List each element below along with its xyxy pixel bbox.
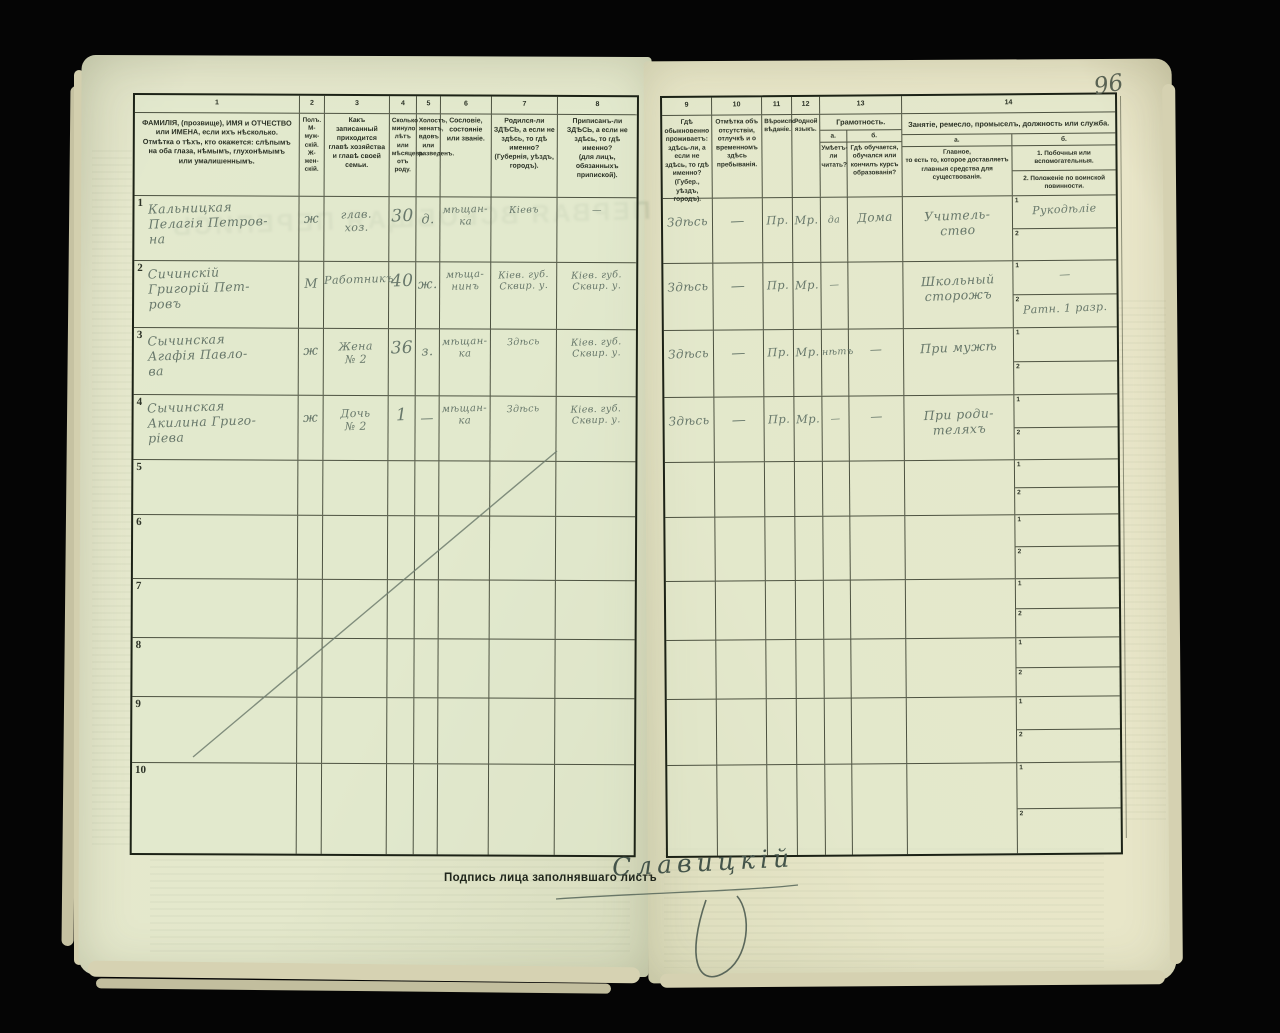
occ-side-half: 2: [1014, 361, 1117, 394]
entry-occ_side1: —: [1013, 266, 1116, 284]
occ-side-half: 1: [1017, 696, 1120, 730]
cell-absence: [716, 581, 766, 639]
entry-lit_read: [823, 478, 849, 479]
entry-occ_side2: [1014, 366, 1117, 370]
column-group-occupation: Занятіе, ремесло, промыселъ, должность и…: [902, 112, 1116, 196]
occ-side-half: 1: [1015, 514, 1118, 547]
entry-estate: [438, 771, 488, 773]
cell-religion: [765, 517, 795, 580]
occ-side-half: 2: [1015, 427, 1118, 459]
cell-estate: мѣща- нинъ: [440, 262, 491, 328]
column-header-estate: Сословіе, состояніе или званіе.: [441, 114, 492, 196]
cell-occ_main: Школьный сторожъ: [903, 261, 1014, 328]
occ-side-half: 2: [1015, 487, 1118, 514]
table-row: 12: [665, 514, 1118, 582]
cell-occ_main: [905, 515, 1015, 579]
cell-religion: [767, 699, 798, 764]
occ-side-half: 1: [1014, 327, 1117, 361]
entry-name: [146, 764, 294, 769]
table-row: Здѣсь—Пр.Мр.нѣтъ—При мужѣ12: [664, 327, 1118, 398]
entry-absence: —: [714, 411, 764, 430]
table-row: 1Кальницкая Пелагія Петров- нажглав. хоз…: [134, 196, 636, 263]
entry-relation: Работникъ: [324, 272, 388, 287]
entry-religion: [767, 780, 796, 781]
cell-sex: ж: [299, 329, 324, 395]
entry-registered: Кіев. губ. Сквир. у.: [556, 403, 636, 428]
column-number: 6: [441, 96, 492, 113]
cell-relation: [323, 461, 388, 515]
cell-lit_read: —: [821, 263, 849, 329]
entry-born: Здѣсь: [491, 336, 556, 349]
entry-relation: глав. хоз.: [324, 207, 389, 235]
cell-occ-side: 12: [1015, 514, 1118, 578]
sub-cell-number: 2: [1015, 230, 1019, 237]
sub-cell-number: 2: [1018, 610, 1022, 617]
entry-absence: [715, 476, 764, 478]
sub-cell-number: 1: [1018, 580, 1022, 587]
cell-occ-side: 1Рукодѣліе2: [1013, 195, 1116, 260]
entry-occ_side1: [1015, 520, 1118, 524]
cell-registered: Кіев. губ. Сквир. у.: [557, 330, 636, 396]
entry-language: [797, 780, 824, 781]
entry-resides: Здѣсь: [668, 346, 714, 362]
entry-estate: [438, 705, 488, 707]
cell-religion: [766, 581, 796, 639]
entry-occ_side1: [1017, 702, 1120, 706]
entry-lit_school: —: [849, 341, 904, 358]
cell-born: Кіевъ: [491, 198, 557, 262]
entry-estate: [439, 587, 489, 589]
cell-name: 5: [133, 460, 298, 515]
cell-sex: [297, 639, 322, 697]
entry-occ_side1: [1016, 643, 1119, 647]
cell-religion: [766, 640, 796, 698]
cell-language: [796, 581, 824, 639]
column-number: 13: [820, 96, 902, 114]
entry-name: [147, 461, 295, 466]
occ-side-half: 1: [1017, 762, 1120, 808]
entry-estate: мѣща- нинъ: [440, 269, 491, 295]
entry-language: [796, 596, 823, 597]
occ-side-half: 1Рукодѣліе: [1013, 195, 1116, 228]
cell-sex: [298, 516, 323, 579]
row-number: 3: [137, 329, 143, 341]
entry-lit_read: [824, 597, 850, 598]
entry-marital: [414, 713, 437, 714]
sub-cell-number: 2: [1019, 669, 1023, 676]
entry-estate: [439, 646, 489, 648]
entry-occ_main: [905, 524, 1014, 529]
entry-sex: [298, 530, 322, 531]
cell-occ_main: При роди- теляхъ: [904, 395, 1014, 460]
entry-age: [388, 470, 414, 471]
table-row: 3Сычинская Агафія Павло- важЖена № 236з.…: [134, 328, 636, 397]
entry-born: [489, 771, 554, 773]
census-table-right: 9 10 11 12 13 14 Гдѣ обыкновенно прожива…: [660, 92, 1123, 858]
entry-marital: ж.: [416, 277, 439, 293]
entry-marital: [414, 779, 437, 780]
cell-sex: М: [299, 262, 324, 328]
cell-sex: ж: [298, 396, 323, 460]
entry-language: Мр.: [793, 278, 821, 293]
cell-age: [388, 461, 415, 515]
cell-resides: Здѣсь: [663, 264, 714, 330]
column-number: 8: [558, 97, 637, 114]
cell-age: [387, 764, 414, 854]
entry-registered: —: [557, 204, 636, 218]
cell-relation: Дочь № 2: [323, 396, 388, 460]
cell-lit_read: —: [822, 397, 850, 461]
occupation-sub-b-label: б.: [1012, 133, 1115, 145]
entry-resides: [670, 597, 715, 599]
cell-marital: ж.: [416, 262, 440, 328]
sub-cell-number: 2: [1020, 810, 1024, 817]
entry-marital: [415, 476, 438, 477]
entry-estate: мѣщан- ка: [439, 403, 490, 429]
cell-lit_school: [851, 639, 906, 697]
cell-estate: мѣщан- ка: [440, 329, 491, 395]
entry-religion: Пр.: [763, 213, 793, 228]
cell-lit_school: [852, 764, 908, 854]
sub-cell-number: 1: [1019, 698, 1023, 705]
entry-name: [147, 516, 295, 521]
entry-lit_school: [848, 274, 902, 276]
entry-relation: [323, 649, 387, 651]
cell-absence: [715, 517, 765, 580]
column-header-sex: Полъ. М-муж-скій. Ж-жен-скій.: [300, 114, 325, 196]
entry-estate: [439, 523, 489, 525]
cell-marital: д.: [416, 197, 440, 261]
census-table-left: 1 2 3 4 5 6 7 8 ФАМИЛІЯ, (прозвище), ИМЯ…: [130, 93, 639, 857]
entry-lit_read: —: [822, 413, 848, 425]
cell-sex: [298, 461, 323, 515]
cell-resides: Здѣсь: [664, 331, 715, 397]
table-row: 2Сичинскій Григорій Пет- ровъМРаботникъ4…: [134, 261, 636, 330]
cell-occ-side: 12: [1016, 637, 1119, 696]
entry-occ_side2: [1018, 813, 1121, 817]
cell-born: [489, 699, 555, 764]
cell-lit_school: [850, 516, 905, 579]
sub-cell-number: 1: [1018, 639, 1022, 646]
entry-occ_side1: [1017, 768, 1120, 772]
row-number: 2: [137, 262, 143, 274]
column-number: 5: [417, 96, 441, 113]
entry-marital: [415, 531, 438, 532]
entry-language: Мр.: [793, 213, 821, 228]
cell-occ-side: 12: [1014, 394, 1117, 459]
cell-resides: [667, 766, 718, 856]
entry-lit_school: [851, 651, 905, 653]
cell-occ-side: 12: [1014, 327, 1118, 394]
table-row: 6: [133, 515, 635, 581]
column-number: 3: [325, 96, 390, 113]
entry-registered: [556, 468, 635, 470]
cell-language: [797, 765, 826, 855]
entry-resides: [671, 715, 716, 717]
cell-lit_read: [823, 462, 850, 516]
sub-cell-number: 1: [1016, 396, 1020, 403]
entry-religion: [767, 714, 796, 715]
entry-sex: [298, 653, 322, 654]
cell-language: Мр.: [793, 263, 822, 329]
entry-born: Кіев. губ. Сквир. у.: [491, 269, 557, 294]
row-number: 9: [135, 698, 141, 710]
sub-cell-number: 1: [1015, 262, 1019, 269]
cell-estate: мѣщан- ка: [439, 396, 490, 460]
photo-of-census-sheet: ПЕРВАЯ ВСЕОБЩАЯ ПЕРЕПИСЬ 1 2 3 4 5 6 7 8…: [0, 0, 1280, 1033]
table-row: 12: [666, 637, 1119, 700]
cell-relation: [322, 698, 387, 763]
cell-religion: Пр.: [764, 330, 795, 396]
entry-lit_school: [850, 528, 904, 530]
cell-occ-side: 1—2Ратн. 1 разр.: [1013, 260, 1117, 327]
occ-side-half: 2Ратн. 1 разр.: [1014, 294, 1117, 327]
cell-absence: [716, 640, 766, 698]
entry-relation: [322, 774, 386, 776]
entry-sex: ж: [299, 343, 323, 359]
column-number: 1: [135, 95, 300, 113]
right-table-body: Здѣсь—Пр.Мр.даДомаУчитель- ство1Рукодѣлі…: [663, 195, 1121, 856]
cell-estate: мѣщан- ка: [440, 197, 491, 261]
sub-cell-number: 2: [1017, 429, 1021, 436]
column-header-name: ФАМИЛІЯ, (прозвище), ИМЯ и ОТЧЕСТВО или …: [135, 113, 300, 196]
cell-born: Кіев. губ. Сквир. у.: [491, 263, 557, 329]
entry-marital: —: [415, 411, 438, 427]
occ-side-half: 2: [1018, 808, 1121, 853]
entry-occ_side2: Ратн. 1 разр.: [1013, 299, 1116, 317]
cell-relation: [323, 580, 388, 638]
cell-registered: [555, 765, 634, 855]
cell-name: 7: [133, 579, 298, 638]
entry-registered: [556, 646, 635, 648]
entry-occ_side1: Рукодѣліе: [1013, 201, 1116, 219]
cell-lit_school: —: [849, 396, 905, 460]
literacy-sub-a-label: а.: [820, 131, 847, 142]
column-header-resides: Гдѣ обыкновенно проживаетъ: здѣсь-ли, а …: [662, 116, 713, 198]
entry-name: Сычинская Акилина Григо- ріева: [147, 396, 296, 445]
cell-lit_read: нѣтъ: [822, 330, 850, 396]
column-header-registered: Приписанъ-ли ЗДѢСЬ, а если не здѣсь, то …: [558, 115, 637, 197]
entry-resides: Здѣсь: [667, 279, 713, 295]
cell-occ-side: 12: [1015, 459, 1118, 514]
entry-age: [388, 589, 414, 590]
entry-language: [795, 477, 822, 478]
entry-age: [388, 525, 414, 526]
occ-side-half: 2: [1017, 729, 1120, 762]
cell-lit_school: [852, 698, 908, 763]
table-row: Здѣсь—Пр.Мр.даДомаУчитель- ство1Рукодѣлі…: [663, 195, 1116, 264]
sub-cell-number: 1: [1015, 197, 1019, 204]
occ-side-half: 1: [1014, 394, 1117, 427]
sub-cell-number: 1: [1019, 764, 1023, 771]
row-number: 1: [137, 197, 143, 209]
entry-lit_read: [824, 656, 850, 657]
entry-absence: —: [713, 212, 763, 231]
column-header-occupation-side: 1. Побочныя или вспомогательныя.: [1012, 145, 1115, 171]
entry-language: [797, 714, 824, 715]
entry-marital: [415, 654, 438, 655]
entry-born: [490, 468, 555, 470]
entry-religion: [766, 596, 795, 597]
entry-religion: [765, 477, 794, 478]
column-header-religion: Вѣроиспо-вѣданіе.: [762, 115, 793, 197]
entry-lit_school: —: [849, 408, 904, 425]
entry-name: [147, 639, 295, 644]
table-row: 5: [133, 460, 635, 517]
entry-registered: [555, 705, 634, 707]
table-row: Здѣсь—Пр.Мр.—Школьный сторожъ1—2Ратн. 1 …: [663, 260, 1117, 331]
cell-age: 40: [389, 262, 416, 328]
table-row: 12: [667, 762, 1121, 856]
entry-born: [490, 523, 555, 525]
entry-lit_school: [851, 592, 905, 594]
cell-born: [490, 462, 556, 516]
cell-lit_school: [850, 461, 905, 515]
entry-lit_read: [823, 533, 849, 534]
cell-lit_read: да: [821, 198, 849, 262]
table-row: 4Сычинская Акилина Григо- ріеважДочь № 2…: [133, 395, 635, 462]
cell-relation: Жена № 2: [324, 329, 389, 395]
cell-absence: —: [713, 263, 764, 329]
cell-religion: Пр.: [764, 397, 795, 461]
entry-absence: [717, 779, 766, 781]
entry-occ_side2: [1015, 432, 1118, 436]
cell-resides: [665, 463, 715, 517]
entry-occ_side2: [1013, 233, 1116, 237]
table-row: 9: [132, 697, 634, 765]
column-header-can-read: Умѣетъ-ли читать?: [820, 143, 847, 197]
table-row: 7: [133, 579, 635, 640]
cell-marital: [414, 764, 438, 854]
entry-religion: [765, 532, 794, 533]
cell-sex: [297, 764, 322, 854]
sub-cell-number: 2: [1018, 548, 1022, 555]
row-number: 10: [135, 764, 146, 776]
entry-sex: ж: [299, 211, 323, 227]
entry-absence: —: [713, 277, 763, 296]
entry-registered: Кіев. губ. Сквир. у.: [557, 336, 637, 361]
occ-side-half: 2: [1013, 228, 1116, 260]
occupation-sub-a-label: а.: [902, 134, 1012, 146]
table-row: 12: [667, 696, 1121, 766]
cell-marital: [414, 639, 438, 697]
cell-lit_read: [825, 699, 853, 764]
row-number: 4: [137, 396, 143, 408]
table-row: Здѣсь—Пр.Мр.——При роди- теляхъ12: [664, 394, 1117, 463]
entry-resides: [669, 533, 714, 535]
entry-religion: Пр.: [763, 278, 793, 293]
entry-age: 30: [389, 206, 416, 227]
sub-cell-number: 2: [1019, 731, 1023, 738]
entry-religion: [766, 655, 795, 656]
entry-name: Кальницкая Пелагія Петров- на: [148, 197, 297, 246]
cell-religion: [765, 462, 795, 516]
cell-sex: ж: [299, 197, 324, 261]
column-numbers-row: 1 2 3 4 5 6 7 8: [135, 95, 637, 115]
entry-lit_read: —: [821, 279, 847, 291]
cell-estate: [439, 580, 490, 638]
cell-marital: з.: [416, 329, 440, 395]
entry-marital: з.: [416, 344, 439, 360]
entry-born: [489, 705, 554, 707]
entry-sex: [297, 778, 321, 779]
row-number: 8: [136, 639, 142, 651]
entry-age: [387, 707, 413, 708]
entry-name: Сычинская Агафія Павло- ва: [147, 329, 296, 378]
cell-relation: Работникъ: [324, 262, 389, 328]
cell-age: 1: [388, 396, 415, 460]
occ-side-half: 1: [1016, 578, 1119, 608]
cell-religion: Пр.: [763, 198, 794, 262]
entry-age: [388, 648, 414, 649]
cell-occ-side: 12: [1016, 578, 1119, 637]
entry-registered: [556, 523, 635, 525]
entry-estate: мѣщан- ка: [440, 336, 491, 362]
cell-registered: [556, 517, 635, 580]
entry-occ_side2: [1016, 613, 1119, 617]
cell-lit_read: [825, 765, 853, 855]
cell-registered: [555, 640, 634, 698]
occ-side-half: 2: [1016, 546, 1119, 578]
column-headers-row: Гдѣ обыкновенно проживаетъ: здѣсь-ли, а …: [662, 112, 1116, 199]
entry-born: [490, 587, 555, 589]
entry-relation: [323, 590, 387, 592]
cell-registered: [555, 699, 634, 764]
entry-marital: [415, 595, 438, 596]
column-number: 14: [902, 94, 1115, 113]
entry-resides: [671, 781, 716, 783]
column-header-relation: Какъ записанный приходится главѣ хозяйст…: [325, 114, 390, 196]
cell-born: [489, 765, 555, 855]
entry-relation: [323, 471, 387, 473]
entry-occ_main: [906, 647, 1015, 652]
entry-sex: М: [299, 276, 323, 292]
column-number: 10: [712, 97, 762, 114]
cell-relation: [323, 516, 388, 579]
entry-occ_main: [906, 588, 1015, 593]
column-header-absence: Отмѣтка объ отсутствіи, отлучкѣ и о врем…: [712, 115, 763, 197]
row-number: 6: [136, 516, 142, 528]
cell-marital: [415, 580, 439, 638]
cell-resides: Здѣсь: [664, 398, 715, 462]
cell-occ_main: [907, 697, 1018, 763]
entry-name: Сичинскій Григорій Пет- ровъ: [148, 262, 297, 311]
entry-born: Кіевъ: [491, 204, 556, 217]
column-number: 11: [762, 97, 792, 114]
cell-religion: Пр.: [763, 263, 794, 329]
cell-marital: [415, 516, 439, 579]
cell-lit_read: [823, 517, 850, 580]
cell-language: [795, 517, 823, 580]
cell-registered: Кіев. губ. Сквир. у.: [556, 397, 635, 461]
cell-name: 10: [132, 763, 297, 854]
entry-occ_side1: [1014, 400, 1117, 404]
row-number: 7: [136, 580, 142, 592]
cell-registered: [556, 581, 635, 639]
cell-estate: [438, 698, 489, 763]
sub-cell-number: 2: [1017, 489, 1021, 496]
cell-name: 3Сычинская Агафія Павло- ва: [134, 328, 299, 395]
entry-occ_side1: [1015, 465, 1118, 469]
cell-absence: —: [713, 198, 764, 262]
table-row: 8: [132, 638, 634, 699]
entry-sex: [298, 594, 322, 595]
entry-occ_main: [907, 772, 1016, 777]
entry-religion: Пр.: [764, 345, 794, 360]
column-header-language: Родной языкъ.: [792, 115, 821, 197]
cell-estate: [439, 516, 490, 579]
entry-registered: [556, 587, 635, 589]
